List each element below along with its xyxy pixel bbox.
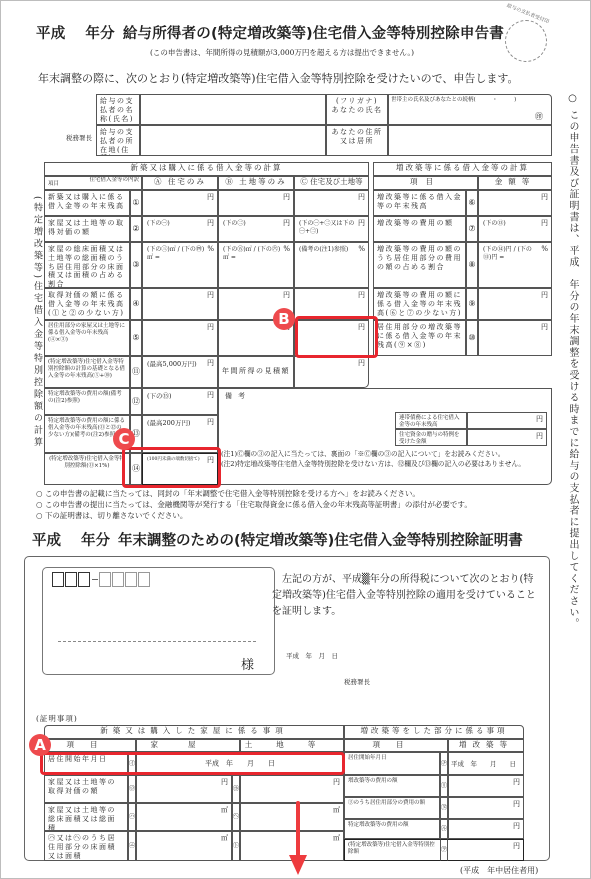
prefix: (下の㊁) [223,220,283,228]
reno-value-cell[interactable]: 円 [478,190,552,216]
cert-reno-item-header: 項目 [344,739,448,752]
payer-address-label: 給与の支払者の所在地(住所) [96,125,140,156]
postal-code-boxes[interactable] [52,572,151,587]
title-text: 給与所得者の(特定増改築等)住宅借入金等特別控除申告書 [123,26,504,42]
unit: 円 [221,778,228,787]
declaration-title: 平成年分給与所得者の(特定増改築等)住宅借入金等特別控除申告書 [36,22,504,43]
prefix: (下の㊀) [147,220,207,228]
certificate-title: 平成年分年末調整のための(特定増改築等)住宅借入金等特別控除証明書 [32,529,523,550]
prefix: (下の㊄)㎡ / (下の㊅)㎡ = [223,246,283,261]
cert-reno-value[interactable]: 円 [448,839,524,861]
value-cell[interactable]: 円 [142,288,218,320]
unit: 円 [207,323,214,332]
reno-row-num: ⑨ [466,288,478,320]
row-num-text: ㋺ [129,785,135,793]
seal-icon: ㊞ [535,112,543,122]
row11-label: (特定増改築等)住宅借入金等特別控除額の計算の基礎となる借入金等の年末残高(⑤+… [44,356,130,388]
your-name-label: (フリガナ) あなたの氏名 [326,94,388,125]
reno-row-label: 増改築等の費用の額に係る借入金等の年末残高(⑥と⑦の少ない方) [373,288,466,320]
row-num-text: ③ [131,260,141,270]
certificate-office: 税務署長 [344,677,370,686]
row-num: ① [130,190,142,216]
unit: ㎡ [221,806,228,815]
prefix: (下の⑭)円 / (下の⑬)円 = [483,246,538,261]
householder-label: 世帯主の氏名及びあなたとの続柄( ・ ) [391,97,516,104]
title-text: 年末調整のための(特定増改築等)住宅借入金等特別控除証明書 [118,533,523,549]
unit: ㎡ [333,806,340,815]
row-num-text: ⑧ [467,260,477,270]
cert-row-num: ㋣ [232,831,240,861]
row14-label: (特定増改築等)住宅借入金等特別控除額(⑪×1%) [44,453,130,485]
unit: 円 [358,193,365,202]
reno-row-num: ⑦ [466,216,478,242]
row-num: ③ [130,242,142,288]
reno-value-cell[interactable]: (下の⑬)円 [478,216,552,242]
reno-row-num: ⑥ [466,190,478,216]
unit: 円 [541,219,548,228]
unit: 円 [207,219,214,228]
item-header: 項目 [48,181,59,188]
reno-row-label: 増改築等の費用の額のうち居住用部分の費用の額の占める割合 [373,242,466,288]
row-label: 家屋又は土地等の取得対価の額 [44,216,130,242]
reno-row-label: 増改築等の費用の額 [373,216,466,242]
remarks-notes: (注1)Ⓒ欄の③の記入に当たっては、裏面の「※Ⓒ欄の③の記入について」をお読みく… [221,449,551,469]
row-num-text: ㋭ [233,785,239,793]
arrow-down-icon [288,800,308,877]
date-text: 平成 年 月 日 [449,759,523,767]
cert-reno-value[interactable]: 円 [448,819,524,839]
cert-reno-value[interactable]: 平成 年 月 日 [448,752,524,775]
prefix: (下の⑬) [483,220,538,228]
unit: 円 [513,800,520,809]
cert-reno-num: ㋸ [440,819,448,839]
unit: 円 [207,418,214,427]
cert-row-num: ㋩ [128,803,136,831]
year-suffix: 年分 [85,26,114,42]
row12-num: ⑫ [130,388,142,415]
item-breakdown-header: 項目 住宅借入金等の内訳 [44,176,142,190]
unit: % [541,245,548,254]
row-num-text: ⑨ [467,299,477,309]
joint-debt-label: 連帯債務による住宅借入金等の年末残高 [395,412,467,429]
reno-value-cell[interactable]: 円 [478,288,552,320]
unit: % [207,245,214,254]
reno-row-num: ⑩ [466,320,478,356]
callout-marker-b: B [273,308,295,330]
cert-reno-label: 特定増改築等の費用の額 [344,819,440,839]
payer-name-label: 給与の支払者の名称(氏名) [96,94,140,125]
cert-row-num: ㋭ [232,775,240,803]
row-num: ⑪ [131,367,141,377]
row-num-text: ⑤ [131,333,141,343]
value-cell[interactable]: (下の㊀)円 [142,216,218,242]
col-house-and-land: Ⓒ 住宅及び土地等 [294,176,369,190]
row-num-text: ⑩ [467,333,477,343]
callout-box-a [40,752,345,775]
unit: 円 [513,778,520,787]
renovation-amount-header: 金額等 [478,176,552,190]
year-suffix: 年分 [81,533,110,549]
value-cell[interactable]: 円 [218,190,294,216]
prefix: (下の㊀+㊁又は下の㊀+㊁) [299,220,359,235]
declaration-subnote: (この申告書は、年間所得の見積額が3,000万円を超える方は提出できません。) [150,47,414,58]
row-num-text: ① [131,198,141,208]
annual-income-field[interactable]: 円 [294,356,369,388]
unit: 円 [283,219,290,228]
cert-reno-num: ㋠ [440,752,448,775]
unit: 円 [541,291,548,300]
reno-row-num: ⑧ [466,242,478,288]
cert-row-num: ㋺ [128,775,136,803]
unit: 円 [207,193,214,202]
reno-row-label: 居住用部分の増改築等に係る借入金等の年末残高(⑨×⑧) [373,320,466,356]
row-num-text: ㋦ [441,804,447,812]
cert-reno-label: ㋷のうち居住用部分の費用の額 [344,797,440,819]
cert-reno-num: ㋾ [440,839,448,861]
value-cell[interactable]: (下の㊁)円 [218,216,294,242]
callout-box-b [295,316,378,358]
cert-land-header: 土地等 [240,739,344,752]
unit: 円 [541,323,548,332]
name-dash-line [58,641,256,642]
row-num-text: ② [131,224,141,234]
certificate-footer: (平成 年中居住者用) [460,865,538,876]
reno-row-label: 増改築等に係る借入金等の年末残高 [373,190,466,216]
row-label: 家屋の総床面積又は土地等の総面積のうち居住用部分の床面積又は面積の占める割合 [44,242,130,288]
honorific: 様 [241,654,254,673]
prefix: (最高200万円) [147,419,190,427]
row-num-text: ㋥ [129,842,135,850]
house-value-cell[interactable]: ㎡ [136,831,232,861]
reno-value-cell[interactable]: (下の⑭)円 / (下の⑬)円 =% [478,242,552,288]
certificate-date: 平成 年 月 日 [286,651,338,660]
certificate-statement: 左記の方が、平成▒年分の所得税について次のとおり(特定増改築等)住宅借入金等特別… [272,572,542,620]
cert-row-label: ㋩又は㋬のうち居住用部分の床面積又は面積 [44,831,128,861]
reno-value-cell[interactable]: 円 [478,320,552,356]
row-num: ⑫ [131,397,141,407]
row-label: 居住用部分の家屋又は土地等に係る借入金等の年末残高(④×③) [44,320,130,356]
unit: 円 [333,778,340,787]
row-num: ⑤ [130,320,142,356]
row-num-text: ④ [131,299,141,309]
unit: ㎡ [333,834,340,843]
row11-value[interactable]: (最高5,000万円) 円 [142,356,218,388]
row-num-text: ㋬ [233,813,239,821]
bullet-text: この申告書の提出に当たっては、金融機関等が発行する「住宅取得資金に係る借入金の年… [45,500,472,509]
cert-row-num: ㋥ [128,831,136,861]
unit: 円 [283,193,290,202]
era-label: 平成 [32,533,61,549]
unit: 円 [513,842,520,851]
your-address-label: あなたの住所又は居所 [326,125,388,156]
prefix: (下の㊂)㎡ / (下の㊃)㎡ = [147,246,207,261]
cert-item-header: 項目 [44,739,136,752]
callout-marker-c: C [113,428,135,450]
cert-reno-value[interactable]: 円 [448,797,524,819]
bullet-3: ○ 下の証明書は、切り離さないでください。 [36,510,472,521]
bullet-text: この申告書の記載に当たっては、同封の「年末調整で住宅借入金等特別控除を受ける方へ… [45,489,420,498]
bullet-2: ○ この申告書の提出に当たっては、金融機関等が発行する「住宅取得資金に係る借入金… [36,499,472,510]
row12-label: 特定増改築等の費用の額(備考の(注2)参照) [44,388,130,415]
row-num-text: ㋠ [441,760,447,768]
prefix: (備考の(注1)参照) [299,246,359,254]
row-num-text: ㋩ [129,813,135,821]
bullet-text: 下の証明書は、切り離さないでください。 [45,511,188,520]
row-num-text: ⑦ [467,224,477,234]
remarks-label: 備考 [225,392,251,401]
details-label: (証明事項) [36,713,78,724]
receipt-stamp-circle [505,20,547,62]
callout-marker-a: A [29,734,51,756]
row-label: 取得対価の額に係る借入金等の年末残高(①と②の少ない方) [44,288,130,320]
value-cell[interactable]: 円 [142,320,218,356]
unit: 円 [207,391,214,400]
declaration-intro: 年末調整の際に、次のとおり(特定増改築等)住宅借入金等特別控除を受けたいので、申… [38,70,518,86]
cert-row-label: 家屋又は土地等の取得対価の額 [44,775,128,803]
value-cell[interactable]: 円 [294,190,369,216]
unit: 円 [207,359,214,368]
col-house-only: Ⓐ 住宅のみ [142,176,218,190]
value-cell[interactable]: (下の㊀+㊁又は下の㊀+㊁)円 [294,216,369,242]
gift-field[interactable]: 円 [467,429,547,446]
row-num-text: ㋾ [441,846,447,854]
tax-office-cell: 税務署長 [30,94,94,156]
prefix: (最高5,000万円) [147,360,197,368]
unit: 円 [541,193,548,202]
note-2: (注2)特定増改築等住宅借入金等特別控除を受けない方は、⑫欄及び⑬欄の記入の必要… [221,459,551,469]
row-num-text: ㋸ [441,825,447,833]
annual-income-label: 年間所得の見積額 [218,356,294,388]
renovation-section-header: 増改築等に係る借入金等の計算 [373,162,552,176]
era-label: 平成 [36,26,65,42]
unit: 円 [358,291,365,300]
cert-new-header: 新築又は購入した家屋に係る事項 [44,725,344,739]
unit: 円 [358,219,365,228]
cert-reno-label: (特定増改築等)住宅借入金等特別控除額 [344,839,440,861]
your-name-field[interactable]: 世帯主の氏名及びあなたとの続柄( ・ ) ㊞ [388,94,552,125]
cert-reno-value[interactable]: 円 [448,775,524,797]
row-num: ④ [130,288,142,320]
unit: % [358,245,365,254]
bullet-notes: ○ この申告書の記載に当たっては、同封の「年末調整で住宅借入金等特別控除を受ける… [36,488,472,521]
tax-office-label: 税務署長 [66,134,92,142]
row-num-text: ⑥ [467,198,477,208]
unit: % [283,245,290,254]
row-num: ② [130,216,142,242]
note-1: (注1)Ⓒ欄の③の記入に当たっては、裏面の「※Ⓒ欄の③の記入について」をお読みく… [221,449,551,459]
your-address-field[interactable] [388,125,552,156]
new-section-header: 新築又は購入に係る借入金等の計算 [44,162,369,176]
cert-reno-label: 増改築等の費用の額 [344,775,440,797]
unit: 円 [358,359,365,368]
unit: 円 [513,822,520,831]
value-cell[interactable]: (備考の(注1)参照)% [294,242,369,288]
row-num-text: ㋷ [441,782,447,790]
house-value-cell[interactable]: 円 [136,775,232,803]
land-value-cell[interactable]: 円 [240,775,344,803]
value-cell[interactable]: (下の㊄)㎡ / (下の㊅)㎡ =% [218,242,294,288]
row12-value[interactable]: (下の⑮) 円 [142,388,218,415]
row-label: 新築又は購入に係る借入金等の年末残高 [44,190,130,216]
side-note: ○ この申告書及び証明書は、平成 年分の年末調整を受ける時までに給与の支払者に提… [565,93,580,630]
cert-reno-header: 増改築等をした部分に係る事項 [344,725,524,739]
payer-address-field[interactable] [140,125,326,156]
payer-name-field[interactable] [140,94,326,125]
unit: 円 [207,291,214,300]
value-cell[interactable]: (下の㊂)㎡ / (下の㊃)㎡ =% [142,242,218,288]
breakdown-header: 住宅借入金等の内訳 [89,177,139,184]
value-cell[interactable]: 円 [142,190,218,216]
col-land-only: Ⓑ 土地等のみ [218,176,294,190]
unit: ㎡ [221,834,228,843]
row-num-text: ㋣ [233,842,239,850]
cert-reno-label: 居住開始年月日 [344,752,440,775]
unit: 円 [283,291,290,300]
renovation-item-header: 項目 [373,176,478,190]
cert-row-num: ㋬ [232,803,240,831]
house-value-cell[interactable]: ㎡ [136,803,232,831]
prefix: (下の⑮) [147,392,172,400]
cert-row-label: 家屋又は土地等の総床面積又は総面積 [44,803,128,831]
cert-reno-num: ㋷ [440,775,448,797]
cert-house-header: 家屋 [136,739,240,752]
gift-label: 住宅資金の贈与の特例を受けた金額 [395,429,467,446]
cert-reno-num: ㋦ [440,797,448,819]
joint-debt-field[interactable]: 円 [467,412,547,429]
row11-num: ⑪ [130,356,142,388]
bullet-1: ○ この申告書の記載に当たっては、同封の「年末調整で住宅借入金等特別控除を受ける… [36,488,472,499]
cert-reno-amount-header: 増改築等 [448,739,524,752]
callout-box-c [122,447,221,488]
calc-vertical-label: (特定増改築等)住宅借入金等特別控除額の計算 [31,196,44,486]
